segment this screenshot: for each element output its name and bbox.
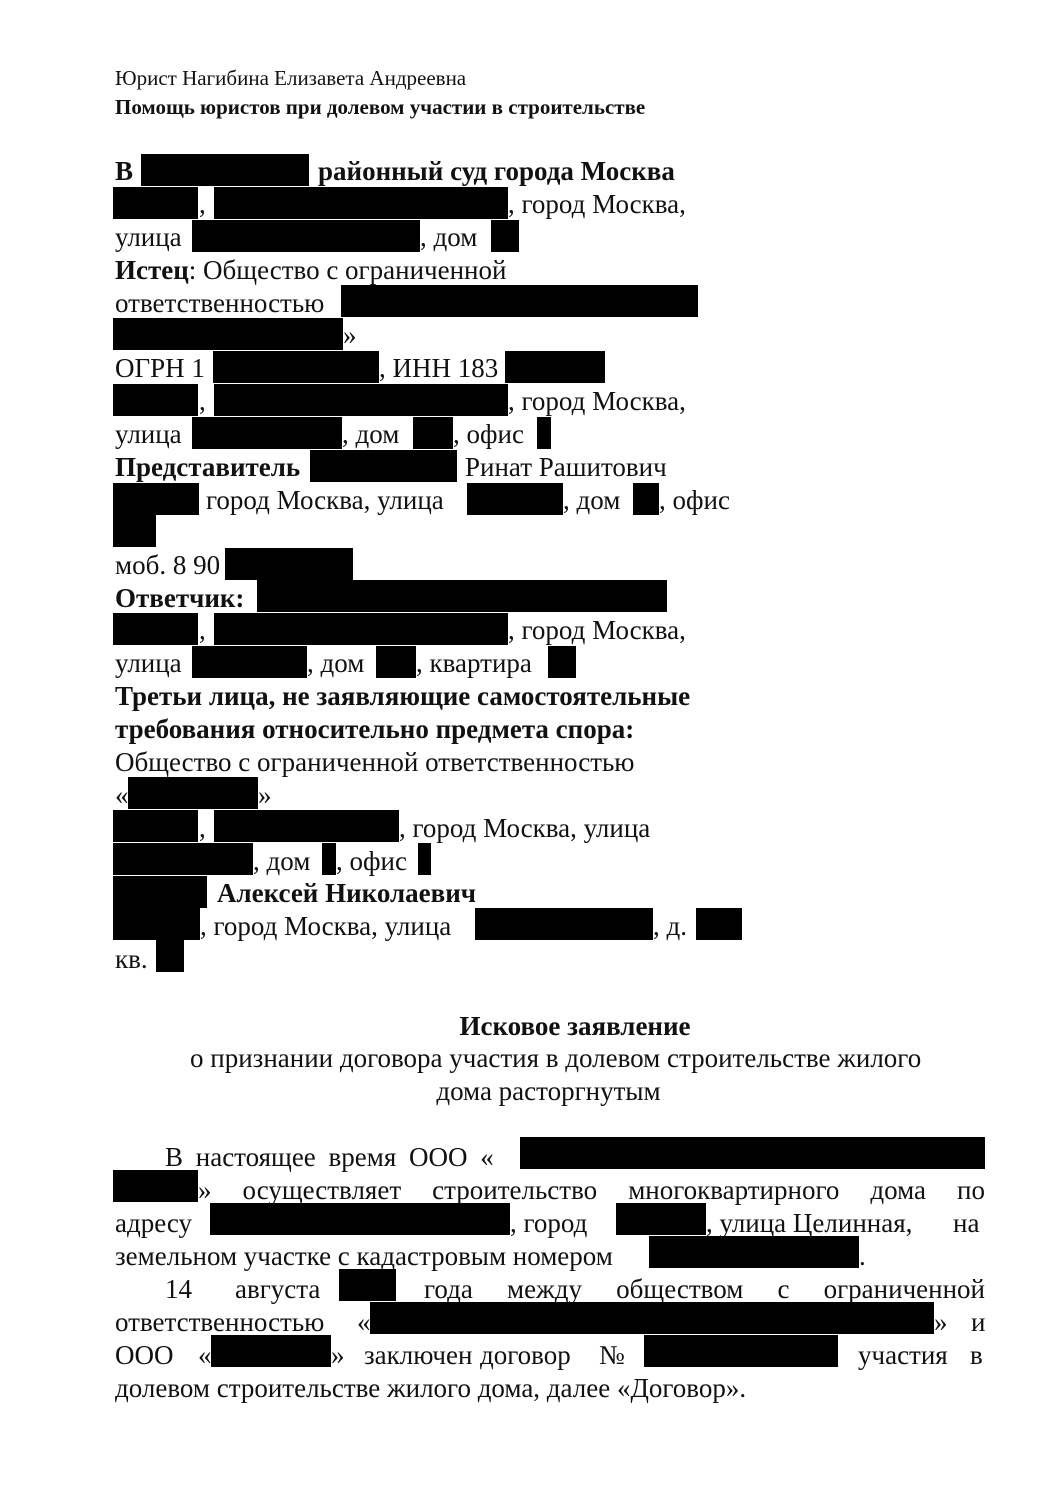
body-p1-l3b: , город — [510, 1210, 587, 1237]
redaction-box — [156, 940, 184, 972]
plaintiff-line1: Истец: Общество с ограниченной — [115, 257, 506, 284]
redaction-box — [214, 187, 508, 219]
defendant-house-label: , дом — [307, 650, 364, 677]
claim-subtitle-2: дома расторгнутым — [0, 1078, 1061, 1105]
third-party-comma: , — [199, 815, 206, 842]
body-p1-l2: » осуществляет строительство многокварти… — [198, 1177, 985, 1204]
body-p2-l3h: в — [970, 1342, 983, 1369]
redaction-box — [192, 220, 420, 252]
redaction-box — [113, 515, 156, 547]
claim-title: Исковое заявление — [0, 1013, 1061, 1040]
redaction-box — [644, 1335, 838, 1367]
body-p2-l3a: ООО — [115, 1342, 174, 1369]
word: » — [198, 1177, 212, 1204]
redaction-box — [505, 351, 605, 383]
plaintiff-comma: , — [199, 388, 206, 415]
court-street-label: улица — [115, 224, 182, 251]
body-p1-l3a: адресу — [115, 1210, 192, 1237]
body-p2-l2c: » — [934, 1309, 948, 1336]
plaintiff-quote-close: » — [343, 322, 357, 349]
redaction-box — [341, 285, 698, 317]
word: многоквартирного — [628, 1177, 839, 1204]
body-p2-l3f: № — [599, 1342, 625, 1369]
body-p1-l1: В настоящее время ООО « — [165, 1144, 494, 1171]
subtitle-line: Помощь юристов при долевом участии в стр… — [115, 97, 645, 118]
body-p2-month: августа — [235, 1276, 320, 1303]
redaction-box — [467, 483, 563, 515]
redaction-box — [413, 417, 453, 449]
defendant-label: Ответчик: — [115, 585, 244, 612]
plaintiff-ogrn: ОГРН 1 — [115, 355, 205, 382]
redaction-box — [225, 548, 353, 580]
third-parties-heading-1: Третьи лица, не заявляющие самостоятельн… — [115, 683, 690, 710]
author-line: Юрист Нагибина Елизавета Андреевна — [115, 68, 466, 89]
redaction-box — [214, 384, 508, 416]
third-party-person-apt: кв. — [115, 946, 148, 973]
third-party-house-label: , дом — [253, 848, 310, 875]
body-p2-l3b: « — [198, 1342, 212, 1369]
redaction-box — [339, 1269, 396, 1301]
word: обществом — [616, 1276, 743, 1303]
redaction-box — [113, 908, 200, 940]
body-p2-l2a: ответственностью — [115, 1309, 324, 1336]
redaction-box — [113, 843, 253, 875]
word: ограниченной — [824, 1276, 985, 1303]
body-p2-l1: года между обществом с ограниченной — [424, 1276, 985, 1303]
redaction-box — [192, 646, 307, 678]
defendant-comma: , — [199, 617, 206, 644]
body-p2-l3g: участия — [858, 1342, 948, 1369]
plaintiff-desc: : Общество с ограниченной — [189, 255, 507, 285]
redaction-box — [537, 417, 551, 449]
redaction-box — [214, 810, 399, 842]
word: ООО — [409, 1142, 468, 1172]
redaction-box — [491, 220, 519, 252]
redaction-box — [128, 777, 258, 809]
redaction-box — [213, 351, 379, 383]
redaction-box — [649, 1236, 859, 1268]
word: время — [329, 1142, 397, 1172]
word: строительство — [432, 1177, 597, 1204]
third-party-person-name: Алексей Николаевич — [217, 880, 476, 907]
third-parties-heading-2: требования относительно предмета спора: — [115, 716, 634, 743]
redaction-box — [418, 843, 431, 875]
body-p2-l3d: заключен — [364, 1342, 472, 1369]
redaction-box — [113, 876, 207, 908]
representative-house-label: , дом — [563, 487, 620, 514]
representative-addr: город Москва, улица — [206, 487, 444, 514]
third-party-quote-open: « — [115, 782, 129, 809]
redaction-box — [370, 1302, 934, 1334]
representative-name: Ринат Рашитович — [465, 454, 667, 481]
body-p2-l2d: и — [971, 1309, 985, 1336]
word: « — [480, 1142, 494, 1172]
body-p2-l3c: » — [331, 1342, 345, 1369]
claim-subtitle-1: о признании договора участия в долевом с… — [190, 1045, 921, 1072]
defendant-apt-label: , квартира — [416, 650, 532, 677]
court-house-label: , дом — [420, 224, 477, 251]
third-party-org: Общество с ограниченной ответственностью — [115, 749, 634, 776]
third-party-person-addr: , город Москва, улица — [200, 913, 451, 940]
body-p2-l4: долевом строительстве жилого дома, далее… — [115, 1375, 746, 1402]
redaction-box — [214, 613, 508, 645]
plaintiff-label: Истец — [115, 255, 189, 285]
third-party-city: , город Москва, улица — [399, 815, 650, 842]
word: по — [957, 1177, 985, 1204]
plaintiff-line2: ответственностью — [115, 290, 324, 317]
redaction-box — [113, 384, 198, 416]
third-party-person-house: , д. — [653, 913, 687, 940]
third-party-quote-close: » — [258, 782, 272, 809]
body-p2-day: 14 — [165, 1276, 192, 1303]
representative-label: Представитель — [115, 454, 300, 481]
third-party-office-label: , офис — [336, 848, 407, 875]
court-name: районный суд города Москва — [318, 158, 675, 185]
redaction-box — [113, 318, 343, 350]
redaction-box — [633, 483, 659, 515]
court-prefix: В — [115, 158, 133, 185]
redaction-box — [616, 1203, 706, 1235]
redaction-box — [310, 450, 457, 482]
body-p1-l4: земельном участке с кадастровым номером — [115, 1243, 613, 1270]
redaction-box — [475, 908, 653, 940]
word: дома — [870, 1177, 926, 1204]
representative-phone: моб. 8 90 — [115, 552, 220, 579]
plaintiff-street-label: улица — [115, 421, 182, 448]
redaction-box — [376, 646, 416, 678]
word: осуществляет — [243, 1177, 402, 1204]
body-p1-l3d: на — [953, 1210, 979, 1237]
redaction-box — [211, 1335, 331, 1367]
redaction-box — [113, 483, 199, 515]
redaction-box — [696, 908, 742, 940]
redaction-box — [113, 613, 198, 645]
body-p1-l3c: , улица Целинная, — [706, 1210, 912, 1237]
redaction-box — [113, 810, 198, 842]
plaintiff-office-label: , офис — [453, 421, 524, 448]
representative-office-label: , офис — [659, 487, 730, 514]
word: между — [507, 1276, 582, 1303]
word: года — [424, 1276, 473, 1303]
defendant-street-label: улица — [115, 650, 182, 677]
body-p2-l2b: « — [357, 1309, 371, 1336]
redaction-box — [210, 1203, 510, 1235]
court-city: , город Москва, — [508, 191, 686, 218]
defendant-city: , город Москва, — [508, 617, 686, 644]
court-comma: , — [199, 191, 206, 218]
plaintiff-inn: , ИНН 183 — [379, 355, 498, 382]
redaction-box — [113, 187, 198, 219]
redaction-box — [520, 1137, 985, 1169]
redaction-box — [548, 646, 576, 678]
word: настоящее — [196, 1142, 316, 1172]
redaction-box — [192, 417, 342, 449]
redaction-box — [257, 580, 667, 612]
redaction-box — [113, 1170, 198, 1202]
redaction-box — [322, 843, 336, 875]
body-p1-l4-end: . — [859, 1243, 866, 1270]
word: В — [165, 1142, 183, 1172]
plaintiff-city: , город Москва, — [508, 388, 686, 415]
word: с — [777, 1276, 789, 1303]
plaintiff-house-label: , дом — [342, 421, 399, 448]
redaction-box — [141, 154, 309, 186]
body-p2-l3e: договор — [480, 1342, 571, 1369]
